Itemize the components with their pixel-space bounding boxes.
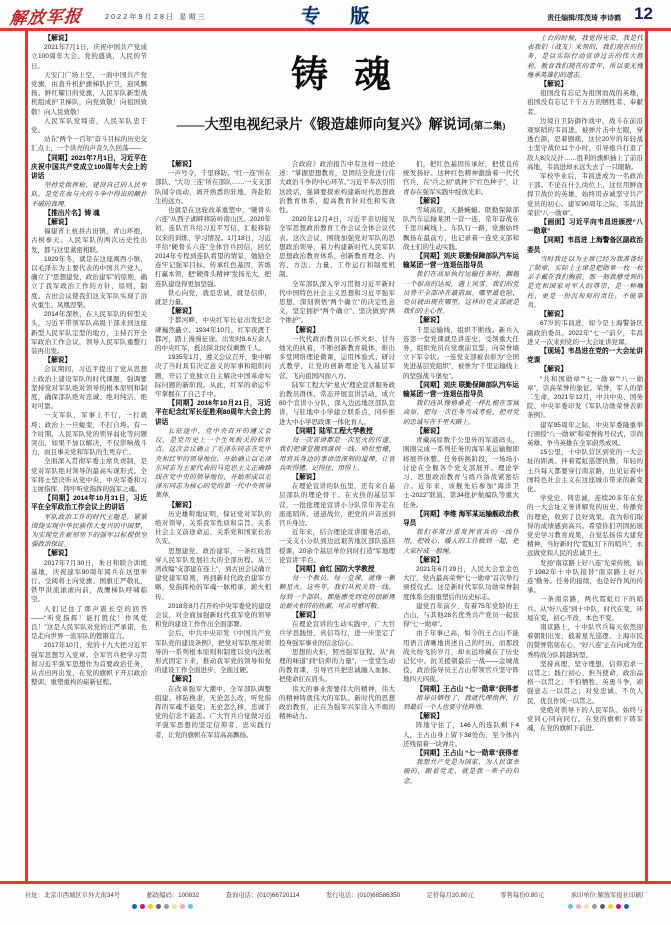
section-label: 【同期】韦昌进 上海警备区副政治委员 — [527, 236, 643, 254]
section-label: 【解说】 — [403, 197, 519, 206]
body-paragraph: 历史雄辩地证明，保证党对军队的绝对领导，关系我军性质和宗旨、关系社会主义前途命运… — [155, 510, 271, 547]
masthead: 解放军报 2022年9月28日 星期三 专版 责任编辑/郑茂琦 李诗鹤 12 — [0, 0, 671, 28]
text-column-4: 们，把红色基因传承好，把优良传统发扬好。这种红色精神激励着一代代官兵，在“兵之初… — [403, 160, 519, 876]
body-paragraph: 人们记住了那声震长空的回答——“听党指挥！能打胜仗！作风优良！”这是人民军队对党… — [31, 605, 147, 642]
section-label: 【同期】2014年10月31日，习近平在全军政治工作会议上的讲话 — [31, 494, 147, 512]
footer-item: 查询电话：(010)66720114 — [226, 890, 300, 899]
body-paragraph: 也就是在这轮改革重塑中，“硬骨头六连”从西子湖畔移防岭南山区。2020年初，连队… — [155, 206, 271, 289]
color-dot — [592, 904, 597, 909]
body-paragraph: 人民军队党缔造，人民军队忠于党。 — [31, 117, 147, 135]
footer-item: 定价每月20.80元 — [427, 890, 474, 899]
section-label: 【同期】王占山 “七一勋章”获得者 — [403, 685, 519, 694]
section-label: 【解说】 — [279, 473, 395, 482]
body-paragraph: 军校毕业后，韦昌进成为一名政治干部。不论在什么岗位上，这位用鲜血捍卫战位的英雄，… — [527, 172, 643, 218]
newspaper-page: 解放军报 2022年9月28日 星期三 专版 责任编辑/郑茂琦 李诗鹤 12 铸… — [0, 0, 671, 925]
body-paragraph: 1935年1月，遵义会议召开，集中解决了当时具有决定意义的军事和组织问题，开启了… — [155, 353, 271, 399]
body-paragraph: 阵地守住了，146人的连队剩下4人，王占山身上留下38处伤，至今体内还残留着一块… — [403, 721, 519, 749]
sync-quote-text: 我们在高原执行运输任务时，翻越一个很高的达坂，遇上风雪，我们的党员骨干全部冲在最… — [403, 270, 519, 316]
section-label: 【解说】 — [403, 427, 519, 436]
color-dot — [172, 904, 177, 909]
body-paragraph: 铁心向党，就是忠诚，就是信仰，就是力量。 — [155, 289, 271, 307]
body-paragraph: 在理论宣讲的队伍里，还有来自基层部队的理论骨干。在火热的基层军营，一批批理论宣讲… — [279, 482, 395, 528]
section-label: 【同期】俞红 国防大学教授 — [279, 565, 395, 574]
color-dot — [132, 904, 137, 909]
section-label: 【解说】 — [31, 356, 147, 365]
body-paragraph: 2020年12月4日，习近平亲切接见全军思想政治教育工作会议全体会议代表。这次会… — [279, 215, 395, 279]
sync-quote-text: 我想共产党是为国家、为人民谋幸福的，跟着党走，就是我一辈子的信念。 — [403, 758, 519, 786]
body-paragraph: 2014年深秋，在人民军队的转型关头，习近平带领军队高级干部来到这座新型人民军队… — [31, 310, 147, 356]
footer-item: 承印单位:解放军报社印刷厂 — [571, 890, 648, 899]
body-paragraph: 一条南京路，两代霓虹灯下的哨兵。从“好八连”到十中队，时代在变，环境在变，初心不… — [527, 595, 643, 623]
body-paragraph: 站在“两个一百年”奋斗目标的历史交汇点上，一个洪亮的声音久久回荡—— — [31, 135, 147, 153]
color-dot — [616, 904, 621, 909]
page-number: 12 — [634, 4, 653, 24]
color-dot — [624, 904, 629, 909]
sync-quote-text: 坚持党指挥枪、建设自己的人民军队，是党在血与火的斗争中得出的颠扑不破的真理。 — [31, 181, 147, 209]
body-paragraph: 合政府》政治报告中有这样一段论述：“掌握思想教育，是团结全党进行伟大政治斗争的中… — [279, 160, 395, 215]
section-label: 【解说】 — [155, 501, 271, 510]
section-label: 【解说】 — [279, 611, 395, 620]
sync-quote-text: 我们非常注重发挥官兵的一线作用，把收心、暖人的工作做到一起，把大家拧成一股绳。 — [403, 528, 519, 556]
body-paragraph: 建党百年前夕，有着75年党龄的王占山，与其他28名优秀共产党员一起获得“七一勋章… — [403, 602, 519, 630]
body-paragraph: 于都河畔，中央红军长征出发纪念碑巍然矗立。1934年10月，红军夜渡于都河，踏上… — [155, 316, 271, 353]
body-paragraph: 在理论宣讲的生动实践中，广大官兵学思践悟、真信笃行，进一步坚定了投身强军事业的信… — [279, 620, 395, 648]
color-dot — [584, 904, 589, 909]
body-paragraph: 67岁的韦昌进，如今是上海警备区副政治委员。2022年“七一”前夕，韦昌进又一次… — [527, 319, 643, 347]
footer-item: 发行电话：(010)68586350 — [326, 890, 400, 899]
subtitle-text: ——大型电视纪录片《锻造雄师向复兴》解说词 — [177, 118, 471, 133]
section-label: 【同期】刘庆 联勤保障部队汽车运输某团一营一连退伍指导员 — [403, 252, 519, 270]
top-rule — [0, 28, 671, 31]
section-label: 【解说】 — [155, 307, 271, 316]
print-registration-dots-left — [132, 904, 193, 909]
body-paragraph: 党绝对领导下的人民军队，始终与党同心同向同行。在党的旗帜下铸军魂，在党的旗帜下前… — [527, 706, 643, 734]
print-registration-dots-right — [568, 904, 629, 909]
body-paragraph: “共和国勋章”“七一勋章”“八一勋章”，崇高荣誉的象征。荣誉，军人的第二生命。2… — [527, 375, 643, 421]
sync-quote-text: 每一个教员、每一堂课，就像一颗颗星火。这些年，我们从机关到一线、每到一个部队，都… — [279, 574, 395, 611]
color-dot — [568, 904, 573, 909]
sync-quote-text: 每一次宣讲都是一次星火的传递。我们把课堂搬到演训一线、哨位堑壕，用官兵身边的事讲… — [279, 436, 395, 473]
section-label: 【同期】2016年10月21日，习近平在纪念红军长征胜利80周年大会上的讲话 — [155, 399, 271, 427]
section-label: 【解说】 — [155, 160, 271, 169]
body-paragraph: 们，把红色基因传承好，把优良传统发扬好。这种红色精神激励着一代代官兵，在“兵之初… — [403, 160, 519, 197]
body-paragraph: 会后，中共中央印发《中国共产党军队党的建设条例》，把党对军队绝对领导的一系列根本… — [155, 629, 271, 675]
section-label: 【解说】 — [279, 326, 395, 335]
body-paragraph: 全军部队深入学习贯彻习近平新时代中国特色社会主义思想和习近平强军思想，深刻领悟“… — [279, 280, 395, 326]
body-paragraph: 由于年事已高，如今的王占山不能用语言清晰地讲述自己的经历，而那段战火纷飞的岁月，… — [403, 629, 519, 684]
section-label: 【解说】 — [527, 365, 643, 374]
body-paragraph: 天安门广场上空，一面中国共产党党旗，由直升机护旗梯队护卫，迎风飘扬。鲜红耀目的党… — [31, 71, 147, 117]
section-label: 【解说】 — [403, 712, 519, 721]
body-paragraph: 15公里，十中队营区到党的一大会址的距离。伴着霓虹巡逻执勤，年轻的士兵每天都要穿… — [527, 448, 643, 494]
footer-item: 社址：北京市西城区阜外大街34号 — [25, 890, 120, 899]
text-column-3: 合政府》政治报告中有这样一段论述：“掌握思想教育，是团结全党进行伟大政治斗争的中… — [279, 160, 395, 876]
footer-info-row: 社址：北京市西城区阜外大街34号邮政编码：100832查询电话：(010)667… — [25, 890, 648, 899]
color-dot — [576, 904, 581, 909]
section-label: 【解说】 — [31, 34, 147, 43]
body-paragraph: 发扬“南京路上好八连”光荣传统，始于1982年十中队接替“南京路上好八连”勤务。… — [527, 559, 643, 596]
body-paragraph: 近年来，结合理论宣讲服务活动，一支支小分队到边远艰苦地区部队巡回授课，20余个基… — [279, 528, 395, 565]
body-paragraph: 伟大的事业需要伟大的精神，伟大的精神铸就伟大的军队。新时代的思想政治教育，正在为… — [279, 685, 395, 722]
section-label: 【同期】2021年7月1日，习近平在庆祝中国共产党成立100周年大会上的讲话 — [31, 154, 147, 182]
color-dot — [188, 904, 193, 909]
color-dot — [140, 904, 145, 909]
body-paragraph: 学党史、铸忠诚，连续20多年在党的一大会址义务讲解党的历史、传播党的理论，收到了… — [527, 494, 643, 558]
article-title: 铸魂 — [155, 44, 527, 98]
body-paragraph: 南京路上，十中队官兵每天依然迎着朝阳出发，披着星光巡逻。上海市民的赞誉铭刻在心，… — [527, 623, 643, 660]
section-label: 【解说】 — [403, 556, 519, 565]
body-paragraph: 千里运输线，组织不断线。新兵入连第一堂党课就是讲连史；受领重大任务，组织党员在党… — [403, 326, 519, 381]
color-dot — [600, 904, 605, 909]
body-paragraph: 青藏高原数千公里外的军港码头，刚刚完成一系列任务的海军某运输舰即将展开休整。任务… — [403, 436, 519, 510]
sync-quote-text: 当时我还以为主席已经为我准备好了勋章，实际上主席是把勋章一枚一枚亲手戴在我们胸前… — [527, 255, 643, 310]
body-paragraph: 2021年7月1日，庆祝中国共产党成立100周年大会。党的盛典，人民的节日。 — [31, 43, 147, 71]
body-paragraph: 祖国没有忘记为祖国而战的英雄，祖国没有忘记千千万万的牺牲者、奉献者。 — [527, 89, 643, 117]
color-dot — [148, 904, 153, 909]
body-paragraph: 2017年10月，党的十九大把习近平强军思想写入党章。全军官兵把学习贯彻习近平强… — [31, 641, 147, 687]
subtitle-note: (第二集) — [471, 122, 506, 132]
article-subtitle: ——大型电视纪录片《锻造雄师向复兴》解说词(第二集) — [155, 114, 527, 134]
color-dot — [180, 904, 185, 909]
body-paragraph: 一声号令，千里移防。“红一连”所在部队、“大功三连”所在部队……一支支部队闻令而… — [155, 169, 271, 206]
footer-item: 零售每份0.80元 — [500, 890, 544, 899]
color-dot — [608, 904, 613, 909]
body-paragraph: 2018年8月召开的中央军委党的建设会议，对全面加强新时代我军党的领导和党的建设… — [155, 602, 271, 630]
section-label: 【同期】王占山 “七一勋章”获得者 — [403, 749, 519, 758]
sync-quote-text: 长征途中，党中央召开的遵义会议，是党历史上一个生死攸关的转折点。这次会议确立了毛… — [155, 427, 271, 501]
body-paragraph: 坚持真理、坚守理想，信仰追求一以贯之；践行初心、担当使命，政治品格一以贯之；不怕… — [527, 660, 643, 706]
body-paragraph: 一支军队，军事上不行，一打就垮；政治上一旦蜕变，不打自垮。有一个时期，人民军队党… — [31, 411, 147, 457]
text-column-5: 上台的时候，我觉得光荣，我是代表我们（战友）来领的，我们现在的任务，是以实际行动… — [527, 34, 643, 876]
sync-quote-text: 我们连队像格桑花一样扎根在雪域高原，把每一次任务当成考验，把对党的忠诚写在千里天… — [403, 399, 519, 427]
body-paragraph: 2021年6月29日，人民大会堂金色大厅，党内最高荣誉“七一勋章”首次举行颁授仪… — [403, 565, 519, 602]
color-dot — [156, 904, 161, 909]
section-label: 【推出片名】铸 魂 — [31, 209, 147, 218]
text-column-1: 【解说】2021年7月1日，庆祝中国共产党成立100周年大会。党的盛典，人民的节… — [31, 34, 147, 876]
section-label: 【解说】 — [31, 549, 147, 558]
section-label: 【解说】 — [155, 675, 271, 684]
article-title-block: 铸魂 ——大型电视纪录片《锻造雄师向复兴》解说词(第二集) — [155, 44, 527, 154]
section-label: 【同期】陆军工程大学教授 — [279, 427, 395, 436]
section-label: 【同期】刘庆 联勤保障部队汽车运输某团一营一连退伍指导员 — [403, 381, 519, 399]
color-dot — [164, 904, 169, 909]
text-column-2: 【解说】一声号令，千里移防。“红一连”所在部队、“大功三连”所在部队……一支支部… — [155, 160, 271, 876]
body-paragraph: 一代代政治教员以心怀火炬、甘当烛光的执着，不断创新教育载体，推出多堂网络理论微课… — [279, 335, 395, 381]
body-paragraph: 2017年7月30日，朱日和联合训练基地，庆祝建军90周年阅兵在这里举行。受阅将… — [31, 559, 147, 605]
section-label: 【解说】 — [527, 80, 643, 89]
body-paragraph: 建军95周年之际，中央军委隆重举行颁授“八一勋章”和荣誉称号仪式，崇尚英雄、争当… — [527, 421, 643, 449]
body-paragraph: 全面深入贯彻军委主席负责制，是党对军队绝对领导的最高实现形式。全军将士坚决听从党… — [31, 457, 147, 494]
body-paragraph: 在改革强军大潮中，全军部队调整组建、移防换隶，无论怎么改，听党指挥的军魂不能变；… — [155, 685, 271, 740]
sync-quote-text: 军队政治工作的时代主题是，紧紧围绕实现中华民族伟大复兴的中国梦，为实现党在新形势… — [31, 513, 147, 550]
body-paragraph: 思想建党、政治建军，一条红线贯穿人民军队发展壮大的全部历程。从三湾改编“支部建在… — [155, 547, 271, 602]
editor-credit: 责任编辑/郑茂琦 李诗鹤 — [547, 13, 621, 23]
body-paragraph: 边境自卫防御作战中，战斗在前沿观察哨的韦昌进，被弹片击中左眼，穿透右颌，忍着剧痛… — [527, 117, 643, 172]
body-paragraph: 1929年冬，就是在这座闽西小镇，以毛泽东为主要代表的中国共产党人，确立了“思想… — [31, 255, 147, 310]
bottom-rule — [0, 881, 671, 884]
sync-quote-text: 指导员牺牲了，我就代理指挥，打到最后一个人也要守住阵地。 — [403, 694, 519, 712]
footer-item: 邮政编码：100832 — [147, 890, 200, 899]
section-label: 【解说】 — [403, 316, 519, 325]
body-paragraph: 雪域高原，天路蜿蜒。联勤保障部队汽车运输某团一营一连，常年奋战在千里川藏线上。车… — [403, 206, 519, 252]
body-paragraph: 思想的火炬，照亮强军征程。从“真理的味道”到“信仰的力量”，一堂堂生动的教育课，… — [279, 648, 395, 685]
body-paragraph: 陆军工程大学“星火”理论宣讲服务政治教员群体，常态开展宣讲活动，成立80个宣讲小… — [279, 381, 395, 427]
section-label: 【画面】习近平向韦昌进颁授“八一勋章” — [527, 218, 643, 236]
body-paragraph: 福建省上杭县古田镇，青山环抱，古树参天。人民军队的两次历史性出发，都与这里紧密相… — [31, 227, 147, 255]
section-label: 【解说】 — [527, 310, 643, 319]
sync-quote-text: 上台的时候，我觉得光荣，我是代表我们（战友）来领的，我们现在的任务，是以实际行动… — [527, 34, 643, 80]
body-paragraph: 会议期间，习近平提出了党从思想上政治上建设军队的时代课题，强调要坚持党对军队绝对… — [31, 365, 147, 411]
section-label: 【现场】韦昌进在党的一大会址讲党课 — [527, 347, 643, 365]
section-label: 【解说】 — [31, 218, 147, 227]
section-label: 【同期】李维 海军某运输舰政治教导员 — [403, 510, 519, 528]
